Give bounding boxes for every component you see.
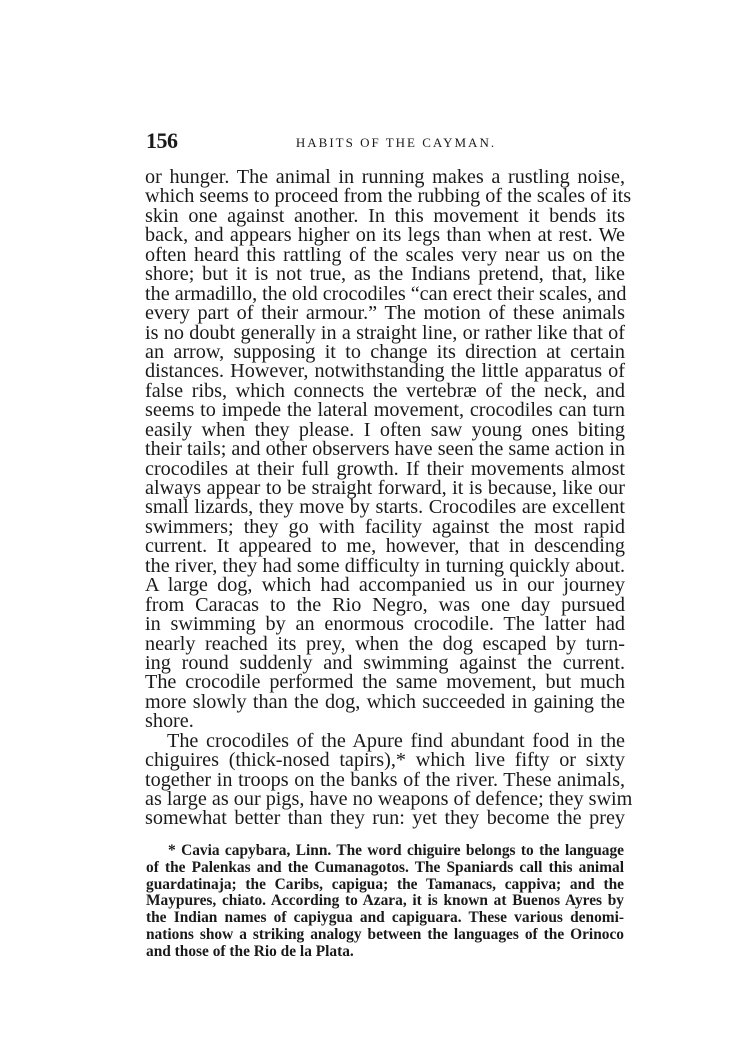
page-header: 156 HABITS OF THE CAYMAN. bbox=[146, 128, 626, 152]
text-line: seems to impede the lateral movement, cr… bbox=[145, 401, 625, 420]
text-line: more slowly than the dog, which succeede… bbox=[145, 693, 625, 712]
text-line: The crocodile performed the same movemen… bbox=[145, 673, 625, 692]
footnote-line: of the Palenkas and the Cumanagotos. The… bbox=[146, 860, 624, 877]
text-line: back, and appears higher on its legs tha… bbox=[145, 226, 625, 245]
text-line: small lizards, they move by starts. Croc… bbox=[145, 498, 625, 517]
text-line: in swimming by an enormous crocodile. Th… bbox=[145, 615, 625, 634]
text-line: current. It appeared to me, however, tha… bbox=[145, 537, 625, 556]
footnote-line: * Cavia capybara, Linn. The word chiguir… bbox=[146, 843, 624, 860]
text-line: shore. bbox=[145, 712, 625, 731]
text-line: which seems to proceed from the rubbing … bbox=[145, 187, 625, 206]
text-line: chiguires (thick-nosed tapirs),* which l… bbox=[145, 751, 625, 770]
text-line: their tails; and other observers have se… bbox=[145, 440, 625, 459]
book-page: 156 HABITS OF THE CAYMAN. or hunger. The… bbox=[0, 0, 750, 1050]
running-head: HABITS OF THE CAYMAN. bbox=[146, 135, 626, 151]
text-line: every part of their armour.” The motion … bbox=[145, 304, 625, 323]
text-line: distances. However, notwithstanding the … bbox=[145, 362, 625, 381]
text-line: shore; but it is not true, as the Indian… bbox=[145, 265, 625, 284]
text-line: A large dog, which had accompanied us in… bbox=[145, 576, 625, 595]
footnote-line: and those of the Rio de la Plata. bbox=[146, 944, 624, 961]
footnote-line: Maypures, chiato. According to Azara, it… bbox=[146, 893, 624, 910]
body-text: or hunger. The animal in running makes a… bbox=[145, 168, 625, 829]
footnote-line: nations show a striking analogy between … bbox=[146, 927, 624, 944]
footnote-line: the Indian names of capiygua and capigua… bbox=[146, 910, 624, 927]
text-line: somewhat better than they run: yet they … bbox=[145, 809, 625, 828]
footnotes: * Cavia capybara, Linn. The word chiguir… bbox=[146, 843, 624, 961]
footnote-line: guardatinaja; the Caribs, capigua; the T… bbox=[146, 877, 624, 894]
